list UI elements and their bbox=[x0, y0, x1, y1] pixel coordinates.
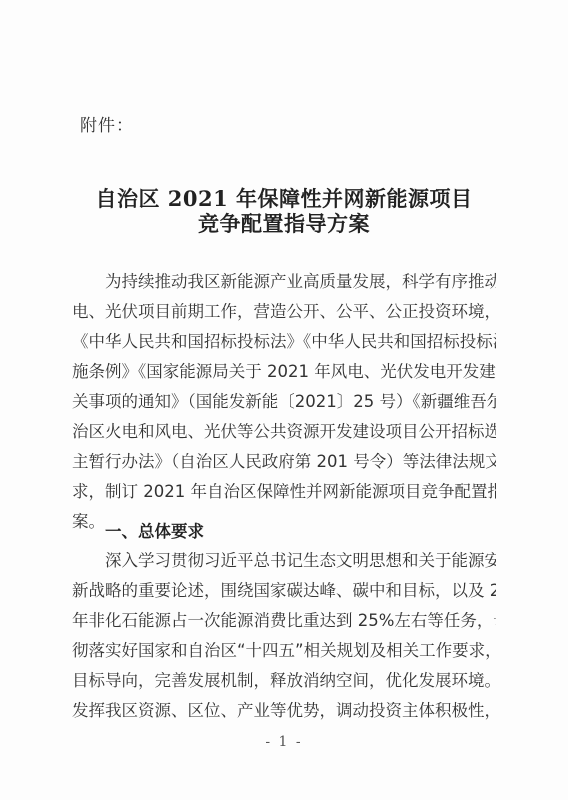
document-title-line-1: 自治区 2021 年保障性并网新能源项目 bbox=[0, 186, 568, 212]
paragraph-line: 年非化石能源占一次能源消费比重达到 25%左右等任务，切实贯 bbox=[72, 606, 496, 636]
paragraph-line: 电、光伏项目前期工作，营造公开、公平、公正投资环境，根据 bbox=[72, 297, 496, 327]
paragraph-line: 目标导向，完善发展机制，释放消纳空间，优化发展环境。充分 bbox=[72, 666, 496, 696]
document-page: 附件： 自治区 2021 年保障性并网新能源项目 竞争配置指导方案 为持续推动我… bbox=[0, 0, 568, 800]
paragraph-line: 发挥我区资源、区位、产业等优势，调动投资主体积极性，推动 bbox=[72, 696, 496, 726]
attachment-label: 附件： bbox=[80, 114, 134, 138]
document-title-line-2: 竞争配置指导方案 bbox=[0, 211, 568, 237]
paragraph-line: 施条例》《国家能源局关于 2021 年风电、光伏发电开发建设有 bbox=[72, 357, 496, 387]
paragraph-line: 《中华人民共和国招标投标法》《中华人民共和国招标投标法实 bbox=[72, 327, 496, 357]
paragraph-line: 为持续推动我区新能源产业高质量发展，科学有序推动风 bbox=[72, 267, 496, 297]
section-heading: 一、总体要求 bbox=[105, 518, 204, 546]
page-number: - 1 - bbox=[0, 734, 568, 750]
paragraph-line: 关事项的通知》（国能发新能〔2021〕25 号）《新疆维吾尔自 bbox=[72, 387, 496, 417]
paragraph-line: 治区火电和风电、光伏等公共资源开发建设项目公开招标选定业 bbox=[72, 417, 496, 447]
paragraph-line: 深入学习贯彻习近平总书记生态文明思想和关于能源安全 bbox=[72, 546, 496, 576]
paragraph-line: 求，制订 2021 年自治区保障性并网新能源项目竞争配置指导方 bbox=[72, 477, 496, 507]
paragraph-line: 彻落实好国家和自治区“十四五”相关规划及相关工作要求，坚持 bbox=[72, 636, 496, 666]
paragraph-line: 主暂行办法》（自治区人民政府第 201 号令）等法律法规文件要 bbox=[72, 447, 496, 477]
paragraph-line: 新战略的重要论述，围绕国家碳达峰、碳中和目标，以及 2030 bbox=[72, 576, 496, 606]
